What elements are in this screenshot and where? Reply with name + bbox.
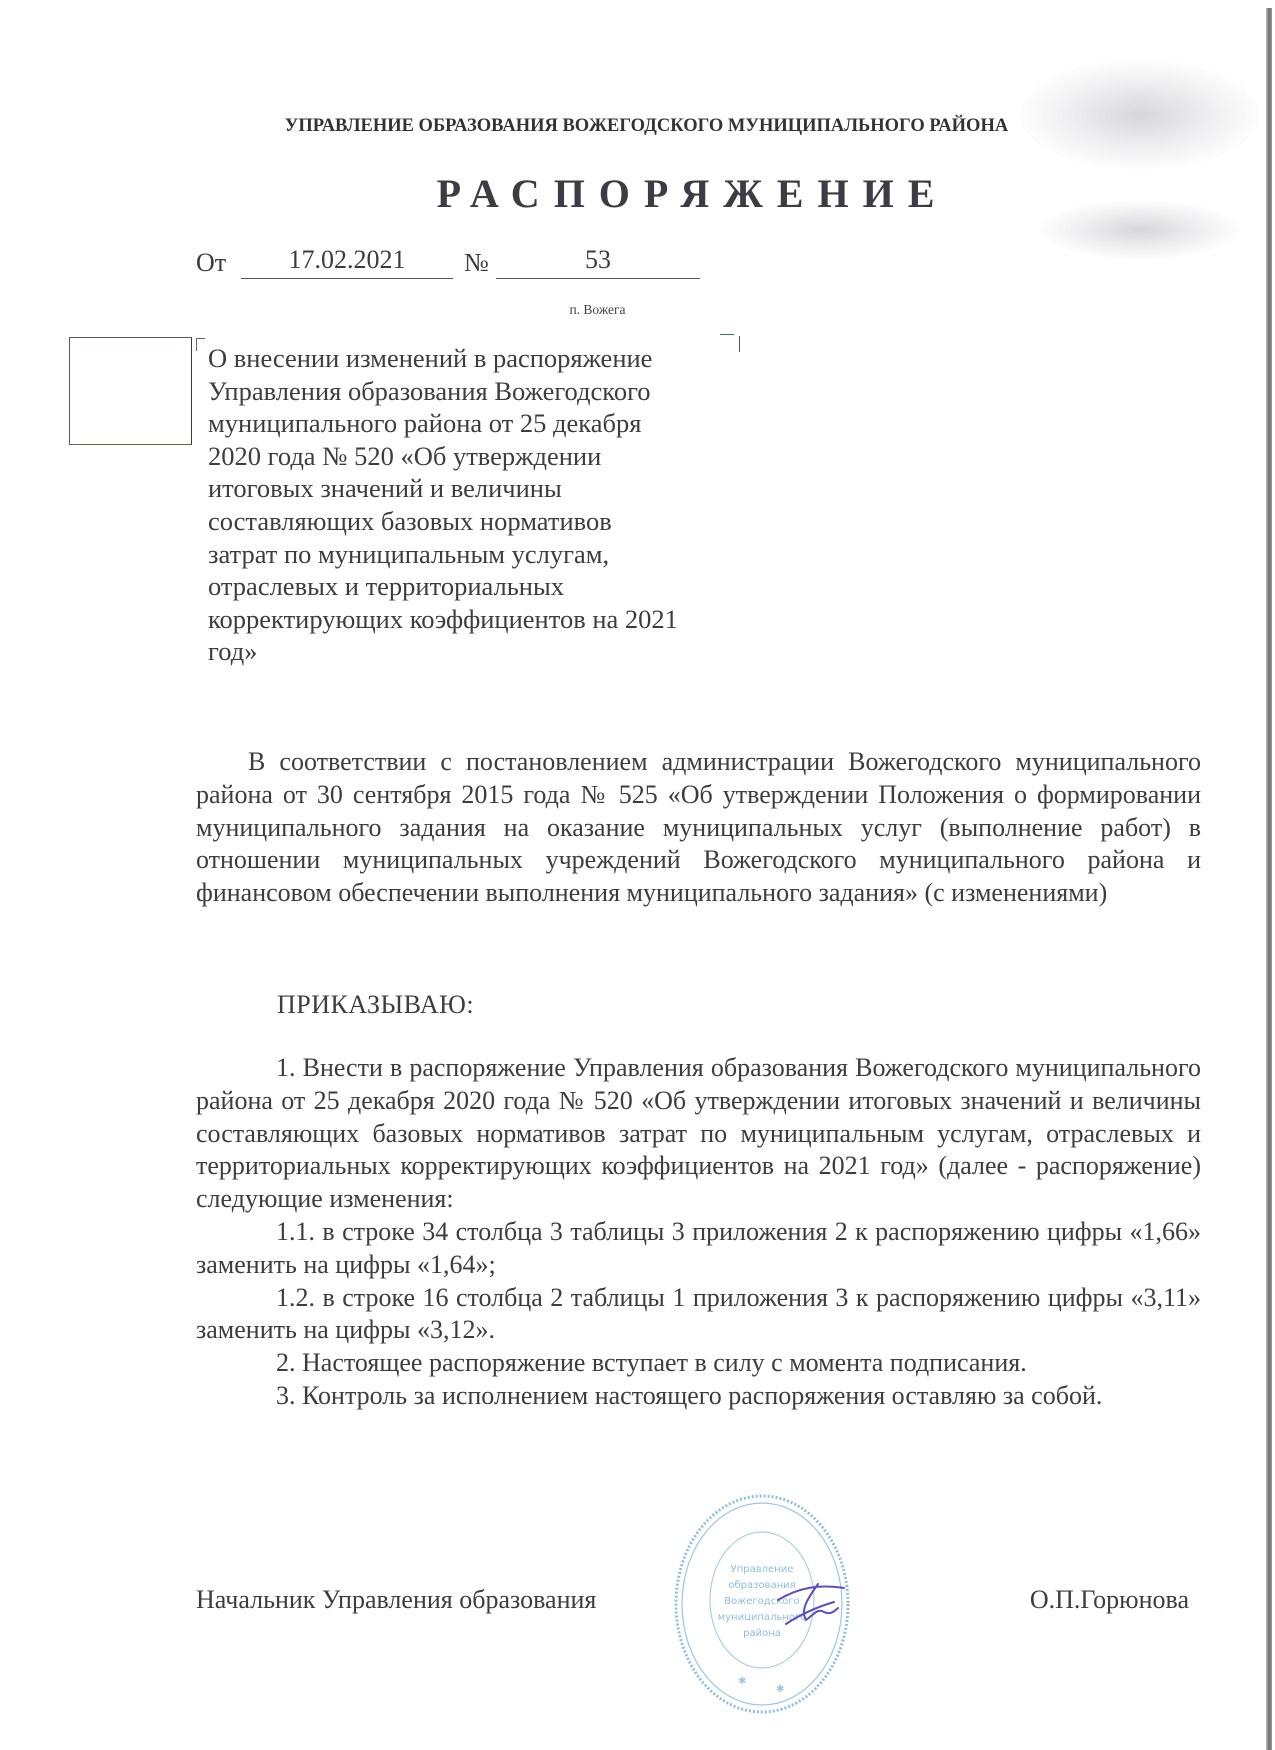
subject-line: О внесении изменений в распоряжение bbox=[208, 342, 738, 375]
subject-line: составляющих базовых нормативов bbox=[208, 505, 738, 538]
date-label: От bbox=[196, 248, 226, 278]
document-subject: О внесении изменений в распоряжение Упра… bbox=[208, 342, 738, 668]
order-item-2: 2. Настоящее распоряжение вступает в сил… bbox=[196, 1347, 1201, 1380]
subject-line: корректирующих коэффициентов на 2021 bbox=[208, 603, 738, 636]
order-items: 1. Внести в распоряжение Управления обра… bbox=[196, 1052, 1201, 1413]
subject-line: год» bbox=[208, 635, 738, 668]
subject-line: муниципального района от 25 декабря bbox=[208, 407, 738, 440]
place-of-issue: п. Вожега bbox=[0, 302, 1275, 318]
document-type-title: РАСПОРЯЖЕНИЕ bbox=[0, 170, 1275, 217]
svg-text:района: района bbox=[743, 1628, 781, 1639]
scan-edge bbox=[1266, 8, 1272, 1750]
date-value: 17.02.2021 bbox=[241, 248, 453, 279]
order-item-3: 3. Контроль за исполнением настоящего ра… bbox=[196, 1380, 1201, 1413]
document-page: УПРАВЛЕНИЕ ОБРАЗОВАНИЯ ВОЖЕГОДСКОГО МУНИ… bbox=[0, 0, 1275, 1750]
svg-text:образования: образования bbox=[728, 1580, 795, 1591]
registration-box bbox=[69, 337, 192, 445]
subject-line: затрат по муниципальным услугам, bbox=[208, 538, 738, 571]
corner-bracket-top-right bbox=[739, 336, 740, 352]
number-label: № bbox=[464, 248, 489, 278]
svg-text:муниципального: муниципального bbox=[718, 1612, 807, 1623]
signatory-name: О.П.Горюнова bbox=[1030, 1585, 1189, 1615]
corner-bracket-top-right bbox=[720, 334, 734, 335]
organization-header: УПРАВЛЕНИЕ ОБРАЗОВАНИЯ ВОЖЕГОДСКОГО МУНИ… bbox=[0, 116, 1275, 137]
order-item-1: 1. Внести в распоряжение Управления обра… bbox=[196, 1052, 1201, 1216]
subject-line: итоговых значений и величины bbox=[208, 472, 738, 505]
svg-text:✱: ✱ bbox=[776, 1684, 784, 1695]
subject-line: отраслевых и территориальных bbox=[208, 570, 738, 603]
corner-bracket-top-left bbox=[196, 338, 205, 351]
order-item-1-2: 1.2. в строке 16 столбца 2 таблицы 1 при… bbox=[196, 1282, 1201, 1348]
legal-basis: В соответствии с постановлением админист… bbox=[196, 746, 1201, 910]
subject-line: Управления образования Вожегодского bbox=[208, 375, 738, 408]
seal-icon: Управление образования Вожегодского муни… bbox=[668, 1488, 856, 1720]
subject-line: 2020 года № 520 «Об утверждении bbox=[208, 440, 738, 473]
order-word: ПРИКАЗЫВАЮ: bbox=[277, 990, 474, 1020]
official-seal: Управление образования Вожегодского муни… bbox=[668, 1488, 856, 1720]
number-value: 53 bbox=[496, 248, 700, 279]
legal-basis-paragraph: В соответствии с постановлением админист… bbox=[196, 746, 1201, 910]
scan-noise bbox=[1020, 60, 1260, 170]
svg-text:Управление: Управление bbox=[731, 1564, 794, 1575]
svg-text:✱: ✱ bbox=[738, 1676, 746, 1687]
svg-text:Вожегодского: Вожегодского bbox=[724, 1596, 799, 1607]
signatory-title: Начальник Управления образования bbox=[196, 1585, 596, 1615]
order-item-1-1: 1.1. в строке 34 столбца 3 таблицы 3 при… bbox=[196, 1216, 1201, 1282]
